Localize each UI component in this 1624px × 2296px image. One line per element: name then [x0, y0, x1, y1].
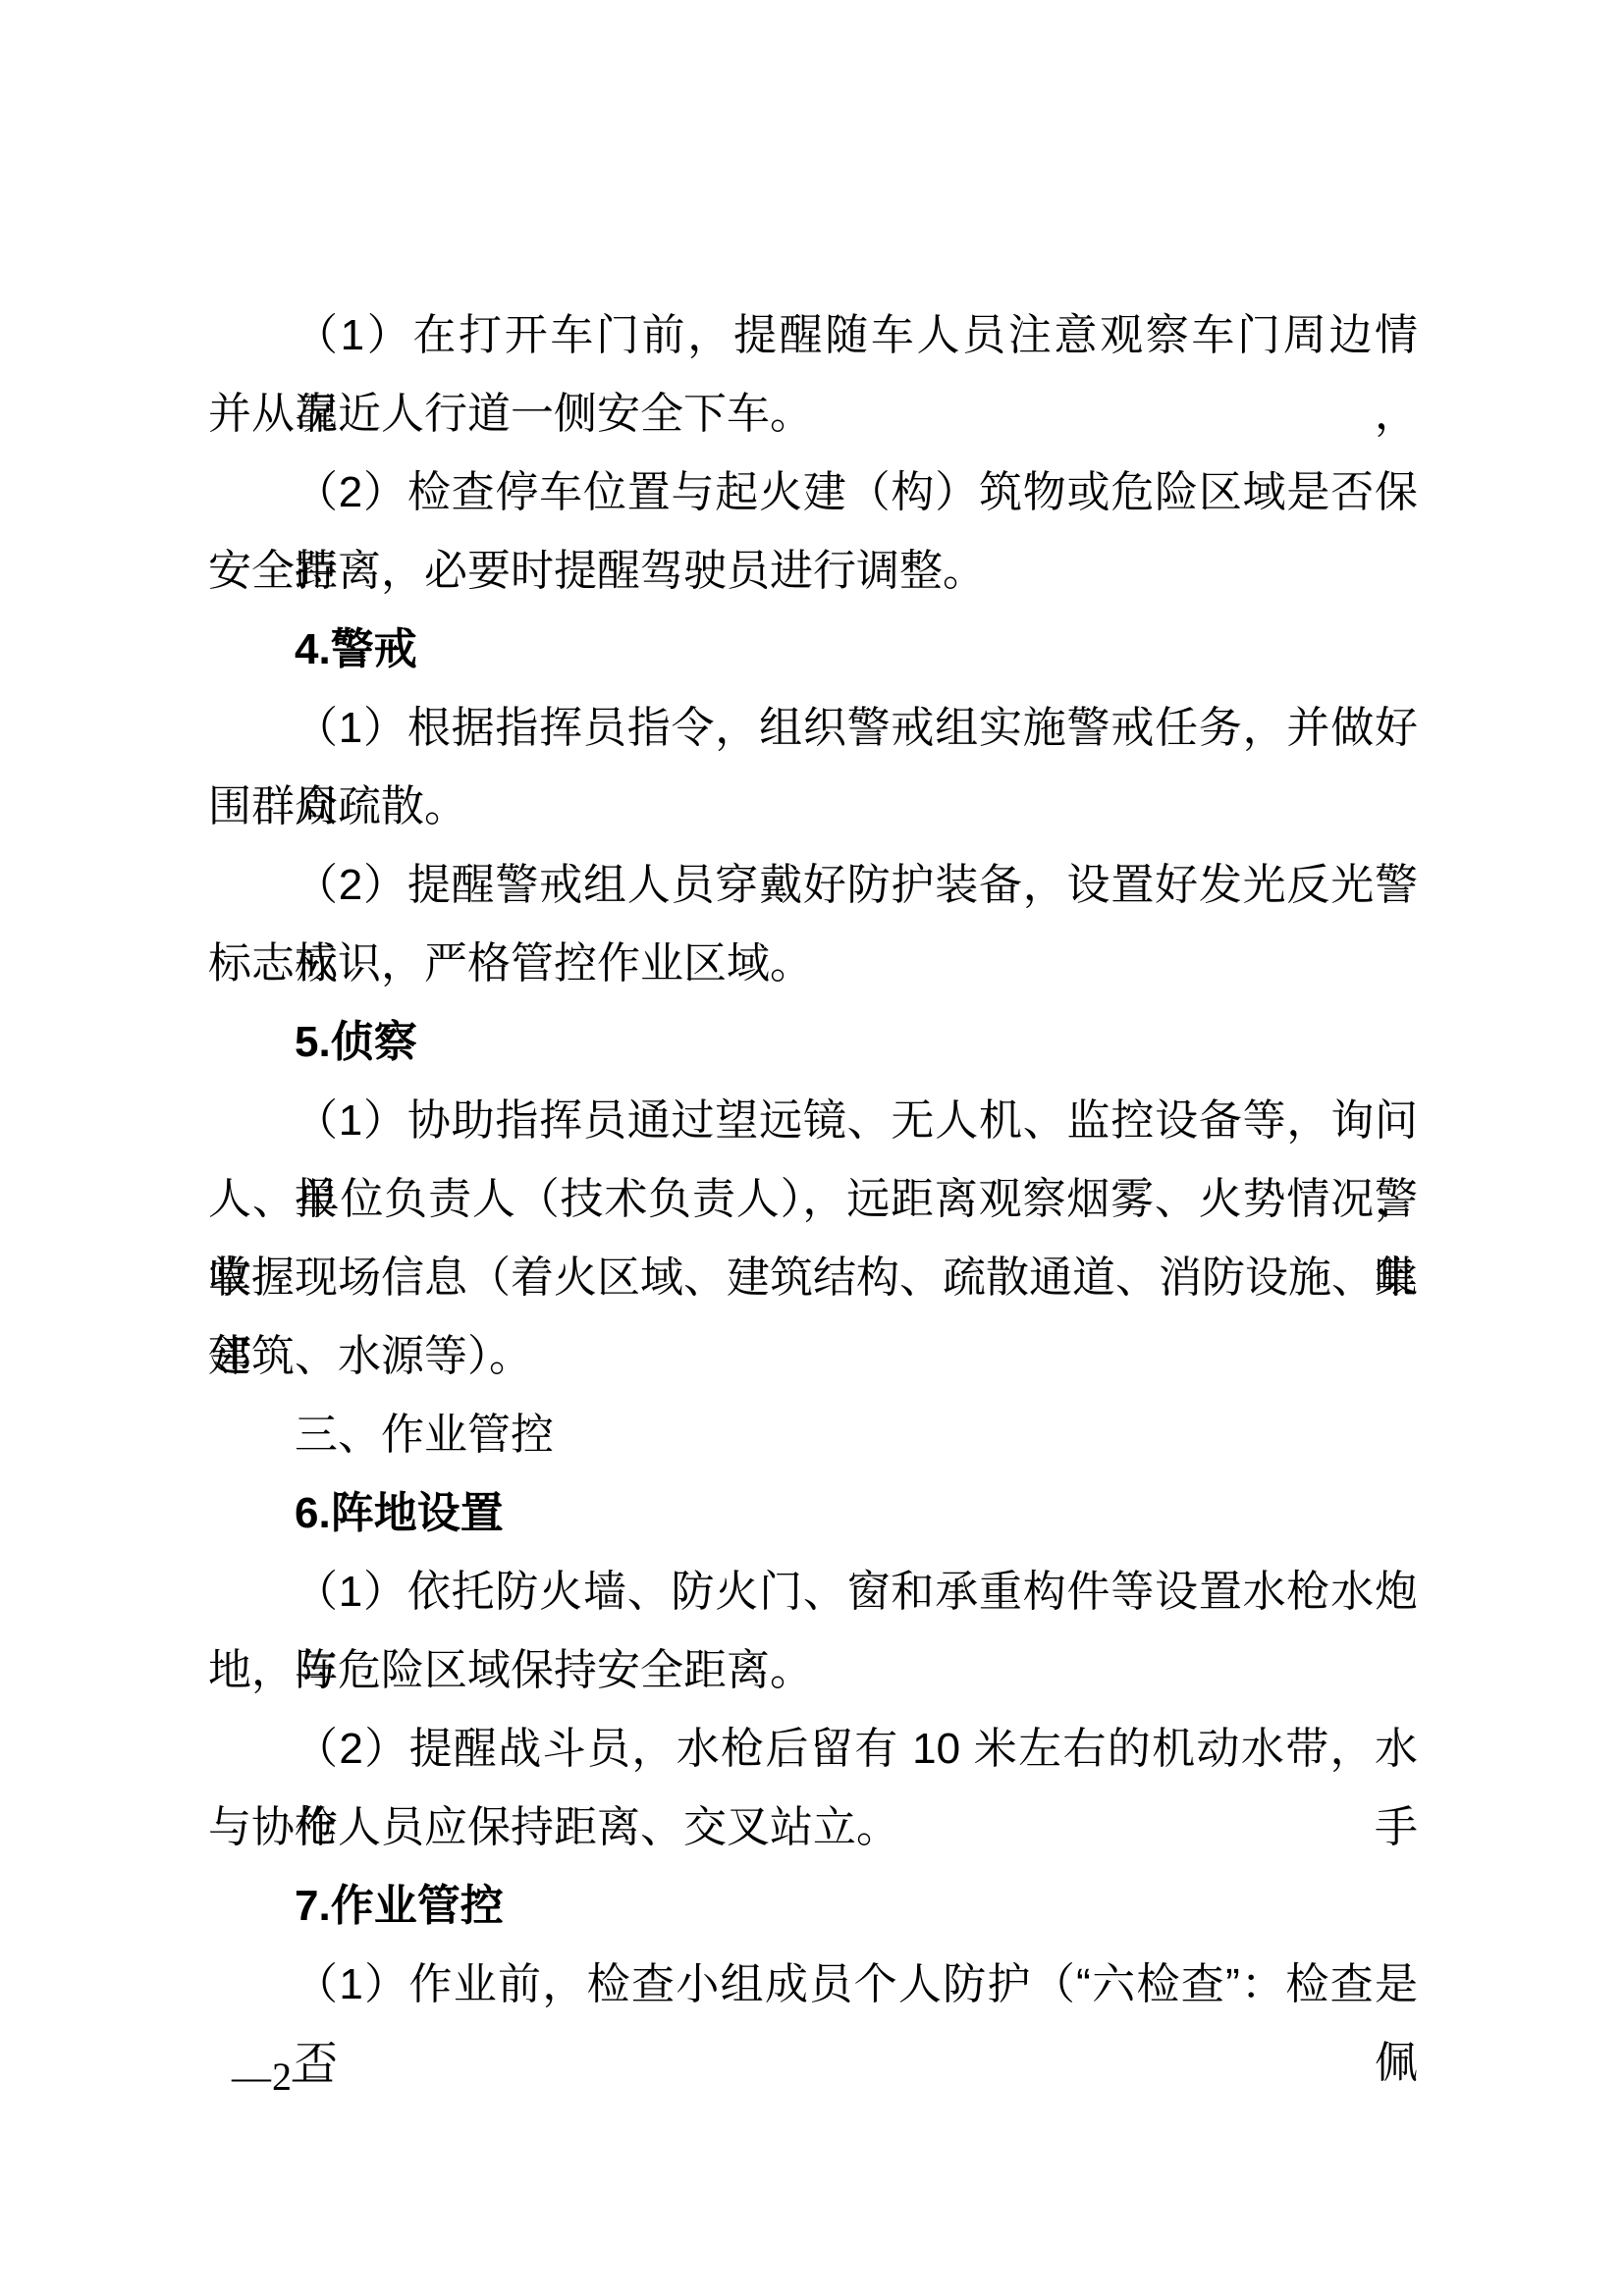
section-heading: 5.侦察 — [208, 1003, 1418, 1082]
text-line: （1）协助指挥员通过望远镜、无人机、监控设备等，询问报警 — [208, 1082, 1418, 1160]
text-line: 围群众疏散。 — [208, 768, 1418, 846]
page-number: —2— — [232, 2048, 333, 2107]
chapter-heading: 三、作业管控 — [208, 1396, 1418, 1474]
document-body: （1）在打开车门前，提醒随车人员注意观察车门周边情况， 并从靠近人行道一侧安全下… — [208, 296, 1418, 2024]
section-heading: 7.作业管控 — [208, 1867, 1418, 1946]
text-line: （1）在打开车门前，提醒随车人员注意观察车门周边情况， — [208, 296, 1418, 375]
text-line: （1）作业前，检查小组成员个人防护（“六检查”：检查是否佩 — [208, 1946, 1418, 2024]
text-line: （1）根据指挥员指令，组织警戒组实施警戒任务，并做好周 — [208, 689, 1418, 768]
text-line: （2）检查停车位置与起火建（构）筑物或危险区域是否保持 — [208, 454, 1418, 532]
text-line: 安全距离，必要时提醒驾驶员进行调整。 — [208, 532, 1418, 611]
document-page: （1）在打开车门前，提醒随车人员注意观察车门周边情况， 并从靠近人行道一侧安全下… — [0, 0, 1624, 2296]
text-line: 标志标识，严格管控作业区域。 — [208, 925, 1418, 1003]
text-line: 地，与危险区域保持安全距离。 — [208, 1631, 1418, 1710]
section-heading: 6.阵地设置 — [208, 1474, 1418, 1553]
text-line: （2）提醒警戒组人员穿戴好防护装备，设置好发光反光警戒 — [208, 846, 1418, 925]
text-line: （2）提醒战斗员，水枪后留有 10 米左右的机动水带，水枪手 — [208, 1710, 1418, 1789]
text-line: 掌握现场信息（着火区域、建筑结构、疏散通道、消防设施、毗邻 — [208, 1239, 1418, 1317]
text-line: （1）依托防火墙、防火门、窗和承重构件等设置水枪水炮阵 — [208, 1553, 1418, 1631]
text-line: 建筑、水源等）。 — [208, 1317, 1418, 1396]
text-line: 人、单位负责人（技术负责人），远距离观察烟雾、火势情况，收集 — [208, 1160, 1418, 1239]
section-heading: 4.警戒 — [208, 611, 1418, 689]
